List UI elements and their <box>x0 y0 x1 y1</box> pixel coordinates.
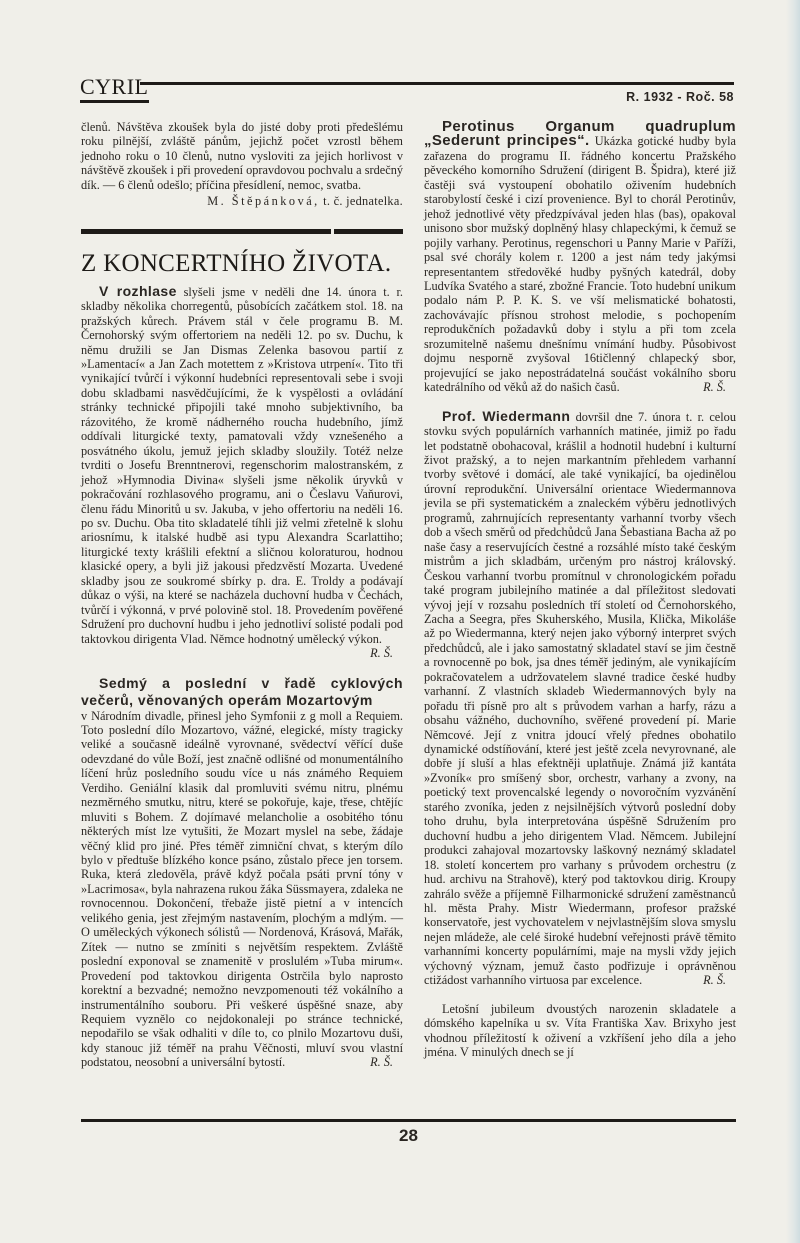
article-body: slyšeli jsme v neděli dne 14. února t. r… <box>81 285 403 646</box>
article-mozart: Sedmý a poslední v řadě cyklových večerů… <box>81 675 403 1070</box>
page-number: 28 <box>399 1126 418 1146</box>
article-lead: Sedmý a poslední v řadě cyklových večerů… <box>81 675 403 709</box>
author-initials: R. Š. <box>685 380 736 394</box>
article-lead: Prof. Wiedermann <box>442 408 570 424</box>
page-header: CYRIL R. 1932 - Roč. 58 <box>80 76 734 106</box>
intro-signature: M. Štěpánková, t. č. jednatelka. <box>81 194 403 208</box>
article-lead: V rozhlase <box>99 283 177 299</box>
article-brixi: Letošní jubileum dvoustých narozenin skl… <box>424 1002 736 1060</box>
author-initials: R. Š. <box>352 646 403 660</box>
author-initials: R. Š. <box>685 973 736 987</box>
intro-paragraph: členů. Návštěva zkoušek byla do jisté do… <box>81 120 403 192</box>
section-title: Z KONCERTNÍHO ŽIVOTA. <box>81 250 403 278</box>
header-rule <box>144 82 734 85</box>
issue-info: R. 1932 - Roč. 58 <box>626 90 734 104</box>
right-column: Perotinus Organum quadruplum „Sederunt p… <box>424 120 736 1060</box>
footer-rule <box>81 1119 736 1122</box>
signature-name: M. Štěpánková, <box>207 194 320 208</box>
author-initials: R. Š. <box>370 1055 403 1069</box>
article-rozhlas: V rozhlase slyšeli jsme v neděli dne 14.… <box>81 284 403 661</box>
article-wiedermann: Prof. Wiedermann dovršil dne 7. února t.… <box>424 409 736 988</box>
article-perotinus: Perotinus Organum quadruplum „Sederunt p… <box>424 120 736 395</box>
signature-role: t. č. jednatelka. <box>323 194 403 208</box>
article-body: v Národním divadle, přinesl jeho Symfoni… <box>81 709 403 1070</box>
article-body: Ukázka gotické hudby byla zařazena do pr… <box>424 134 736 394</box>
left-column: členů. Návštěva zkoušek byla do jisté do… <box>81 120 403 1070</box>
section-divider <box>81 229 403 234</box>
page-edge-shadow <box>786 0 800 1243</box>
masthead-title: CYRIL <box>80 76 149 103</box>
article-body: dovršil dne 7. února t. r. celou stovku … <box>424 410 736 988</box>
article-body: Letošní jubileum dvoustých narozenin skl… <box>424 1002 736 1060</box>
